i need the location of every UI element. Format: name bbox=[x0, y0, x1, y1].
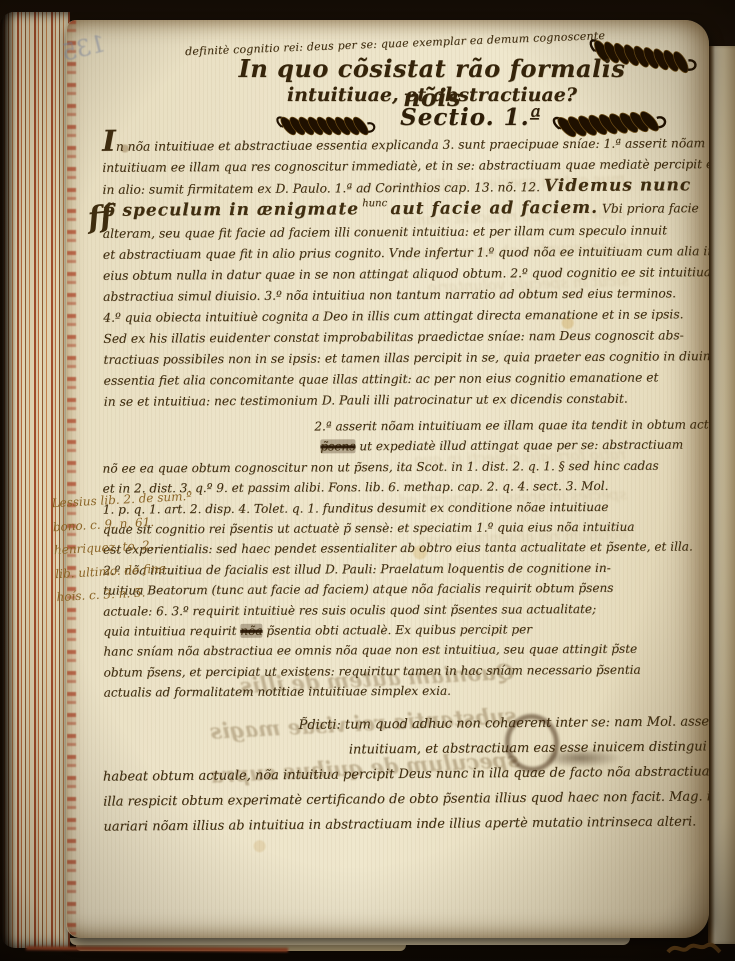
red-edge-streak bbox=[26, 946, 288, 952]
margin-citation-note: Lessius lib. 2. de sum.ºbono. c. 9. n. 6… bbox=[51, 484, 217, 610]
interlinear: hunc bbox=[359, 198, 390, 209]
manuscript-photo: mus autem species intelligibilisquae in … bbox=[0, 0, 735, 961]
paragraph-3: P̃dicti: tum quod adhuc non cohaerent in… bbox=[102, 709, 707, 839]
under-sheet bbox=[70, 938, 630, 945]
chapter-title-line2: intuitiuae, et abstractiuae? bbox=[217, 84, 647, 106]
binding-tie bbox=[664, 928, 722, 958]
text-run: P̃dicti: tum quod adhuc non cohaerent in… bbox=[299, 714, 709, 733]
section-heading: Sectio. 1.ª bbox=[391, 104, 551, 131]
next-page-sliver bbox=[708, 46, 735, 944]
quote-run: Videmus nunc bbox=[544, 175, 691, 196]
text-run: n nõa intuitiuae et abstractiuae essenti… bbox=[116, 136, 705, 154]
initial: I bbox=[102, 124, 116, 158]
manuscript-line: actualis ad formalitatem notitiae intuit… bbox=[104, 680, 706, 704]
text-run: quia intuitiua requirit bbox=[103, 624, 240, 639]
text-run: Vbi priora facie bbox=[598, 201, 699, 216]
text-run: p̃sentia obti actualè. Ex quibus percipi… bbox=[263, 622, 533, 637]
text-run: in alio: sumit firmitatem ex D. Paulo. 1… bbox=[102, 180, 543, 197]
struck-word: p̃sens bbox=[320, 440, 355, 454]
paragraph-1: In nõa intuitiuae et abstractiuae essent… bbox=[102, 132, 706, 413]
text-run: ut expediatè illud attingat quae per se:… bbox=[355, 438, 683, 454]
manuscript-line: in se et intuitiua: nec testimonium D. P… bbox=[104, 388, 706, 413]
manuscript-line: nõ ee ea quae obtum cognoscitur non ut p… bbox=[102, 455, 704, 479]
struck-word: nõa bbox=[240, 624, 262, 638]
margin-mark: ff bbox=[86, 199, 114, 236]
manuscript-page: mus autem species intelligibilisquae in … bbox=[66, 20, 709, 938]
page-stack-edges bbox=[0, 12, 70, 948]
manuscript-line: uariari nõam illius ab intuitiua in abst… bbox=[103, 809, 707, 839]
manuscript-line: p̃sens ut expediatè illud attingat quae … bbox=[102, 435, 704, 459]
manuscript-line: obtum p̃sens, et percipiat ut existens: … bbox=[104, 659, 706, 683]
quote-run: aut facie ad faciem. bbox=[390, 198, 598, 219]
ink-smear bbox=[537, 748, 623, 768]
quote-run: p̃ speculum in ænigmate bbox=[103, 199, 360, 221]
text-run: 2.ª asserit nõam intuitiuam ee illam qua… bbox=[314, 417, 709, 433]
